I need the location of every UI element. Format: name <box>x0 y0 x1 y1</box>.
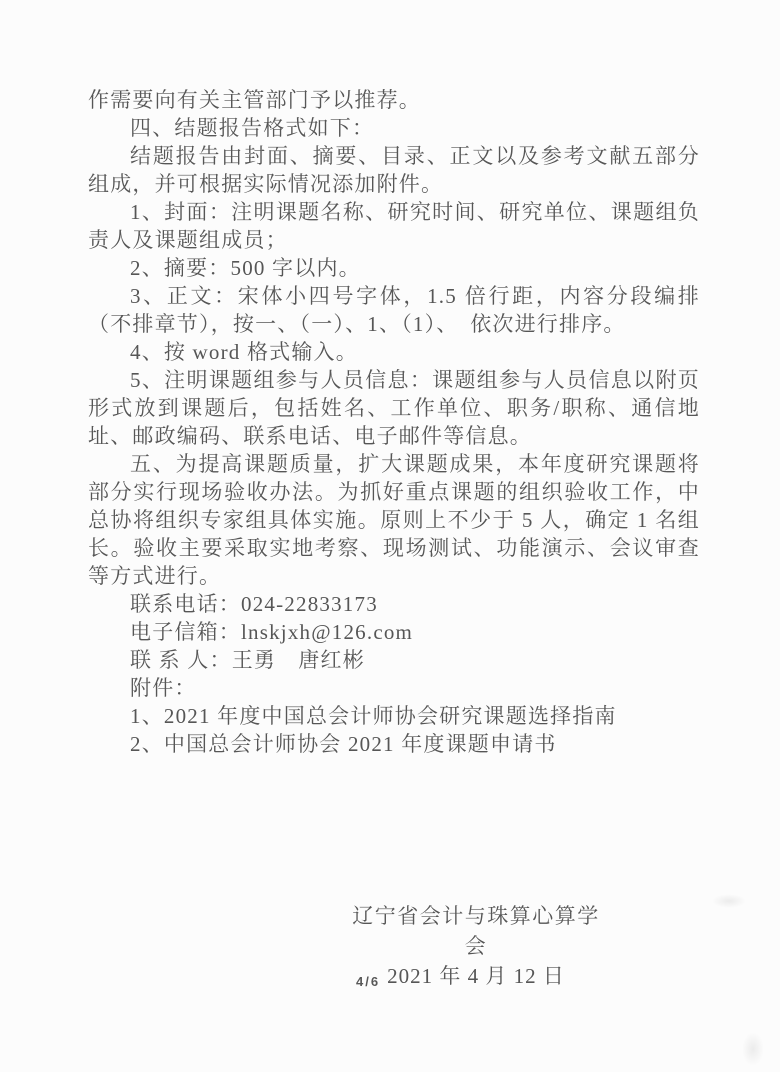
attachment-item: 2、中国总会计师协会 2021 年度课题申请书 <box>88 730 700 758</box>
signature-organization: 辽宁省会计与珠算心算学会 <box>350 901 602 961</box>
scan-smudge <box>742 1032 764 1066</box>
paragraph: 结题报告由封面、摘要、目录、正文以及参考文献五部分组成，并可根据实际情况添加附件… <box>88 142 700 198</box>
paragraph: 1、封面：注明课题名称、研究时间、研究单位、课题组负责人及课题组成员； <box>88 198 700 254</box>
contact-email-line: 电子信箱：lnskjxh@126.com <box>88 618 700 646</box>
paragraph: 3、正文：宋体小四号字体，1.5 倍行距，内容分段编排（不排章节），按一、（一）… <box>88 282 700 338</box>
paragraph: 5、注明课题组参与人员信息：课题组参与人员信息以附页形式放到课题后，包括姓名、工… <box>88 366 700 450</box>
scan-smudge <box>712 894 746 908</box>
page-number: 4/6 <box>356 974 380 989</box>
scanned-document-page: 作需要向有关主管部门予以推荐。 四、结题报告格式如下： 结题报告由封面、摘要、目… <box>0 0 780 1072</box>
paragraph: 2、摘要：500 字以内。 <box>88 254 700 282</box>
document-body: 作需要向有关主管部门予以推荐。 四、结题报告格式如下： 结题报告由封面、摘要、目… <box>88 86 700 758</box>
paragraph: 四、结题报告格式如下： <box>88 114 700 142</box>
attachment-item: 1、2021 年度中国总会计师协会研究课题选择指南 <box>88 702 700 730</box>
signature-block: 辽宁省会计与珠算心算学会 2021 年 4 月 12 日 <box>350 901 602 991</box>
paragraph: 4、按 word 格式输入。 <box>88 338 700 366</box>
paragraph: 作需要向有关主管部门予以推荐。 <box>88 86 700 114</box>
paragraph: 五、为提高课题质量，扩大课题成果，本年度研究课题将部分实行现场验收办法。为抓好重… <box>88 450 700 590</box>
contact-person-line: 联 系 人：王勇 唐红彬 <box>88 646 700 674</box>
attachments-heading: 附件： <box>88 674 700 702</box>
signature-date: 2021 年 4 月 12 日 <box>350 961 602 991</box>
contact-phone-line: 联系电话：024-22833173 <box>88 590 700 618</box>
